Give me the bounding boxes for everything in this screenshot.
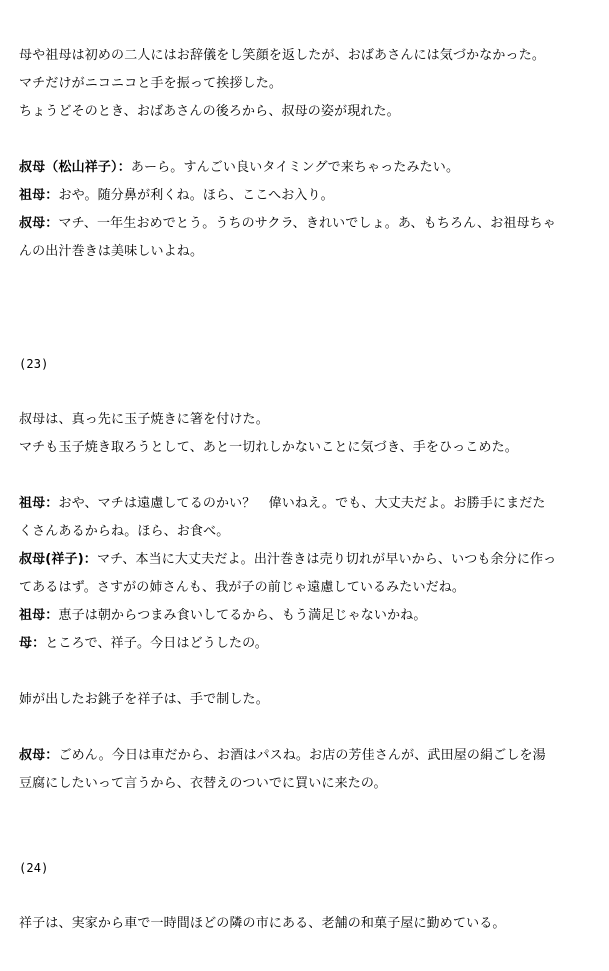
line-text: 姉が出したお銚子を祥子は、手で制した。 (19, 692, 269, 707)
dialogue-line: 母：ところで、祥子。今日はどうしたの。 (19, 636, 604, 652)
line-text: マチ、一年生おめでとう。うちのサクラ、きれいでしょ。あ、もちろん、お祖母ちゃ (58, 216, 556, 231)
speaker-label: 叔母： (19, 748, 58, 763)
speaker-label: 叔母(祥子)： (19, 552, 97, 567)
line-text: てあるはず。さすがの姉さんも、我が子の前じゃ遠慮しているみたいだね。 (19, 580, 465, 595)
section-number: (24) (19, 860, 604, 876)
line-text: 祥子は、実家から車で一時間ほどの隣の市にある、老舗の和菓子屋に勤めている。 (19, 916, 506, 931)
line-text: ちょうどそのとき、おばあさんの後ろから、叔母の姿が現れた。 (19, 104, 400, 119)
line-text: ごめん。今日は車だから、お酒はパスね。お店の芳佳さんが、武田屋の絹ごしを湯 (58, 748, 545, 763)
section-number: (23) (19, 356, 604, 372)
narration-line: マチも玉子焼き取ろうとして、あと一切れしかないことに気づき、手をひっこめた。 (19, 440, 604, 456)
narration-line: 叔母は、真っ先に玉子焼きに箸を付けた。 (19, 412, 604, 428)
dialogue-line: 祖母：おや。随分鼻が利くね。ほら、ここへお入り。 (19, 188, 604, 204)
dialogue-line: 祖母：おや、マチは遠慮してるのかい？ 偉いねえ。でも、大丈夫だよ。お勝手にまだた (19, 496, 604, 512)
line-text: んの出汁巻きは美味しいよね。 (19, 244, 203, 259)
line-text: マチも玉子焼き取ろうとして、あと一切れしかないことに気づき、手をひっこめた。 (19, 440, 518, 455)
speaker-label: 祖母： (19, 496, 58, 511)
narration-line: ちょうどそのとき、おばあさんの後ろから、叔母の姿が現れた。 (19, 104, 604, 120)
dialogue-continuation: 豆腐にしたいって言うから、衣替えのついでに買いに来たの。 (19, 776, 604, 792)
narration-line: 母や祖母は初めの二人にはお辞儀をし笑顔を返したが、おばあさんには気づかなかった。 (19, 48, 604, 64)
speaker-label: 祖母： (19, 188, 58, 203)
line-text: 母や祖母は初めの二人にはお辞儀をし笑顔を返したが、おばあさんには気づかなかった。 (19, 48, 545, 63)
line-text: くさんあるからね。ほら、お食べ。 (19, 524, 229, 539)
narration-line: 祥子は、実家から車で一時間ほどの隣の市にある、老舗の和菓子屋に勤めている。 (19, 916, 604, 932)
section-label: (24) (19, 861, 49, 875)
dialogue-continuation: てあるはず。さすがの姉さんも、我が子の前じゃ遠慮しているみたいだね。 (19, 580, 604, 596)
line-text: 叔母は、真っ先に玉子焼きに箸を付けた。 (19, 412, 269, 427)
line-text: 恵子は朝からつまみ食いしてるから、もう満足じゃないかね。 (58, 608, 426, 623)
dialogue-line: 叔母：マチ、一年生おめでとう。うちのサクラ、きれいでしょ。あ、もちろん、お祖母ち… (19, 216, 604, 232)
section-label: (23) (19, 357, 49, 371)
line-text: おや、マチは遠慮してるのかい？ 偉いねえ。でも、大丈夫だよ。お勝手にまだた (58, 496, 545, 511)
dialogue-continuation: んの出汁巻きは美味しいよね。 (19, 244, 604, 260)
narration-line: 姉が出したお銚子を祥子は、手で制した。 (19, 692, 604, 708)
line-text: 豆腐にしたいって言うから、衣替えのついでに買いに来たの。 (19, 776, 387, 791)
line-text: マチだけがニコニコと手を振って挨拶した。 (19, 76, 282, 91)
speaker-label: 母： (19, 636, 45, 651)
line-text: あーら。すんごい良いタイミングで来ちゃったみたい。 (131, 160, 459, 175)
dialogue-continuation: くさんあるからね。ほら、お食べ。 (19, 524, 604, 540)
line-text: ところで、祥子。今日はどうしたの。 (45, 636, 268, 651)
speaker-label: 叔母（松山祥子）： (19, 160, 131, 175)
dialogue-line: 祖母：恵子は朝からつまみ食いしてるから、もう満足じゃないかね。 (19, 608, 604, 624)
line-text: マチ、本当に大丈夫だよ。出汁巻きは売り切れが早いから、いつも余分に作っ (97, 552, 556, 567)
speaker-label: 祖母： (19, 608, 58, 623)
narration-line: マチだけがニコニコと手を振って挨拶した。 (19, 76, 604, 92)
dialogue-line: 叔母（松山祥子）：あーら。すんごい良いタイミングで来ちゃったみたい。 (19, 160, 604, 176)
dialogue-line: 叔母：ごめん。今日は車だから、お酒はパスね。お店の芳佳さんが、武田屋の絹ごしを湯 (19, 748, 604, 764)
speaker-label: 叔母： (19, 216, 58, 231)
dialogue-line: 叔母(祥子)：マチ、本当に大丈夫だよ。出汁巻きは売り切れが早いから、いつも余分に… (19, 552, 604, 568)
line-text: おや。随分鼻が利くね。ほら、ここへお入り。 (58, 188, 333, 203)
